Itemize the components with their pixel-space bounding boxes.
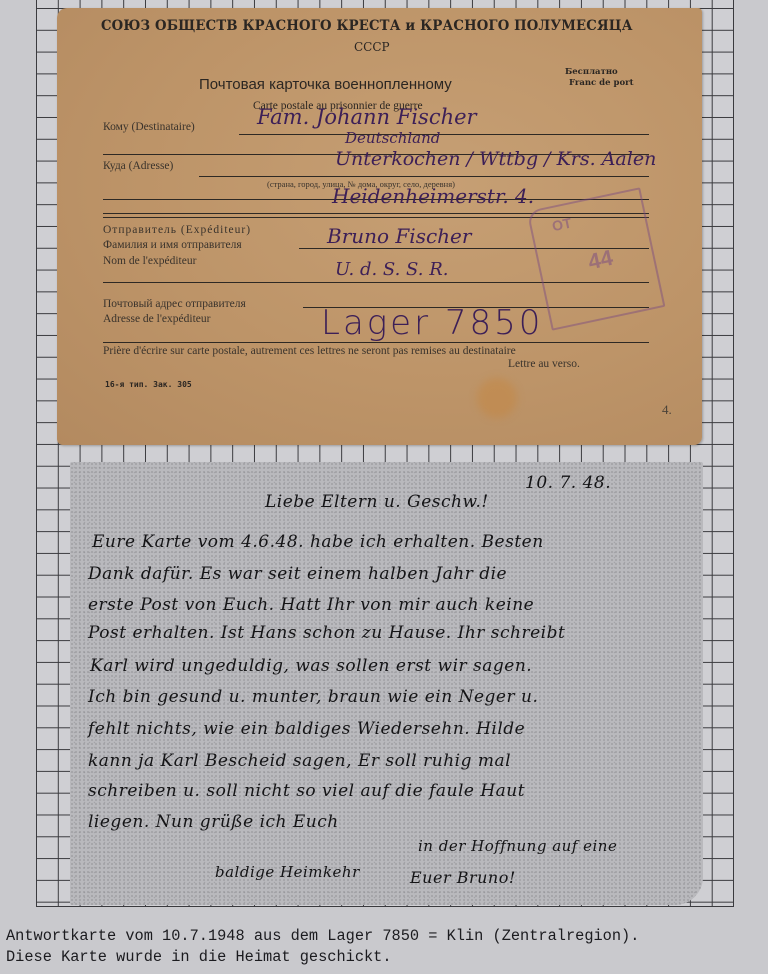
- handwritten-address-2: Heidenheimerstr. 4.: [332, 184, 534, 208]
- caption-line-1: Antwortkarte vom 10.7.1948 aus dem Lager…: [6, 927, 639, 945]
- address-label: Куда (Adresse): [103, 160, 173, 172]
- letter-line: Karl wird ungeduldig, was sollen erst wi…: [90, 656, 532, 676]
- sender-address-label-ru: Почтовый адрес отправителя: [103, 298, 246, 310]
- handwritten-lager-number: Lager 7850: [321, 303, 543, 343]
- sender-address-label-fr: Adresse de l'expéditeur: [103, 313, 210, 325]
- sender-label: Отправитель (Expéditeur): [103, 224, 251, 236]
- notice-text: Prière d'écrire sur carte postale, autre…: [103, 345, 516, 357]
- handwritten-sender-name: Bruno Fischer: [327, 224, 471, 248]
- free-postage-ru: Бесплатно: [565, 67, 618, 77]
- postcard-front: СОЮЗ ОБЩЕСТВ КРАСНОГО КРЕСТА и КРАСНОГО …: [57, 8, 702, 445]
- letter-line: kann ja Karl Bescheid sagen, Er soll ruh…: [88, 751, 511, 771]
- handwritten-sender-country: U. d. S. S. R.: [335, 259, 448, 280]
- recipient-rule: [239, 134, 649, 135]
- letter-line: Dank dafür. Es war seit einem halben Jah…: [88, 564, 507, 584]
- handwritten-address-1: Unterkochen / Wttbg / Krs. Aalen: [335, 148, 656, 170]
- red-cross-society-header: СОЮЗ ОБЩЕСТВ КРАСНОГО КРЕСТА и КРАСНОГО …: [101, 18, 633, 34]
- handwritten-recipient: Fam. Johann Fischer: [257, 105, 477, 129]
- letter-closing-2: baldige Heimkehr: [215, 863, 360, 881]
- postcard-back-letter: 10. 7. 48. Liebe Eltern u. Geschw.! Eure…: [70, 462, 703, 905]
- letter-line: Eure Karte vom 4.6.48. habe ich erhalten…: [92, 532, 544, 552]
- sender-name-label-ru: Фамилия и имя отправителя: [103, 239, 242, 251]
- card-title-ru: Почтовая карточка военнопленному: [199, 76, 452, 93]
- page-number: 4.: [662, 402, 672, 418]
- letter-salutation: Liebe Eltern u. Geschw.!: [265, 492, 489, 512]
- sender-address-rule-2: [103, 342, 649, 343]
- print-mark: 16-я тип. Зак. 305: [105, 380, 192, 389]
- letter-line: erste Post von Euch. Hatt Ihr von mir au…: [88, 595, 534, 615]
- letter-line: Post erhalten. Ist Hans schon zu Hause. …: [88, 623, 565, 643]
- notice-verso: Lettre au verso.: [508, 358, 580, 370]
- letter-closing-1: in der Hoffnung auf eine: [418, 837, 617, 855]
- letter-line: liegen. Nun grüße ich Euch: [88, 812, 339, 832]
- handwritten-country: Deutschland: [345, 129, 440, 147]
- ussr-header: СССР: [354, 40, 390, 54]
- letter-signature: Euer Bruno!: [410, 868, 516, 887]
- letter-line: schreiben u. soll nicht so viel auf die …: [88, 781, 525, 801]
- sender-name-label-fr: Nom de l'expéditeur: [103, 255, 196, 267]
- paper-stain: [477, 378, 517, 418]
- free-postage-fr: Franc de port: [569, 78, 634, 88]
- censor-stamp: ОТ 44: [527, 187, 666, 330]
- recipient-label: Кому (Destinataire): [103, 121, 195, 133]
- address-rule: [199, 176, 649, 177]
- letter-line: fehlt nichts, wie ein baldiges Wiederseh…: [88, 719, 525, 739]
- letter-date: 10. 7. 48.: [525, 473, 611, 493]
- letter-line: Ich bin gesund u. munter, braun wie ein …: [88, 687, 538, 707]
- caption-line-2: Diese Karte wurde in die Heimat geschick…: [6, 948, 392, 966]
